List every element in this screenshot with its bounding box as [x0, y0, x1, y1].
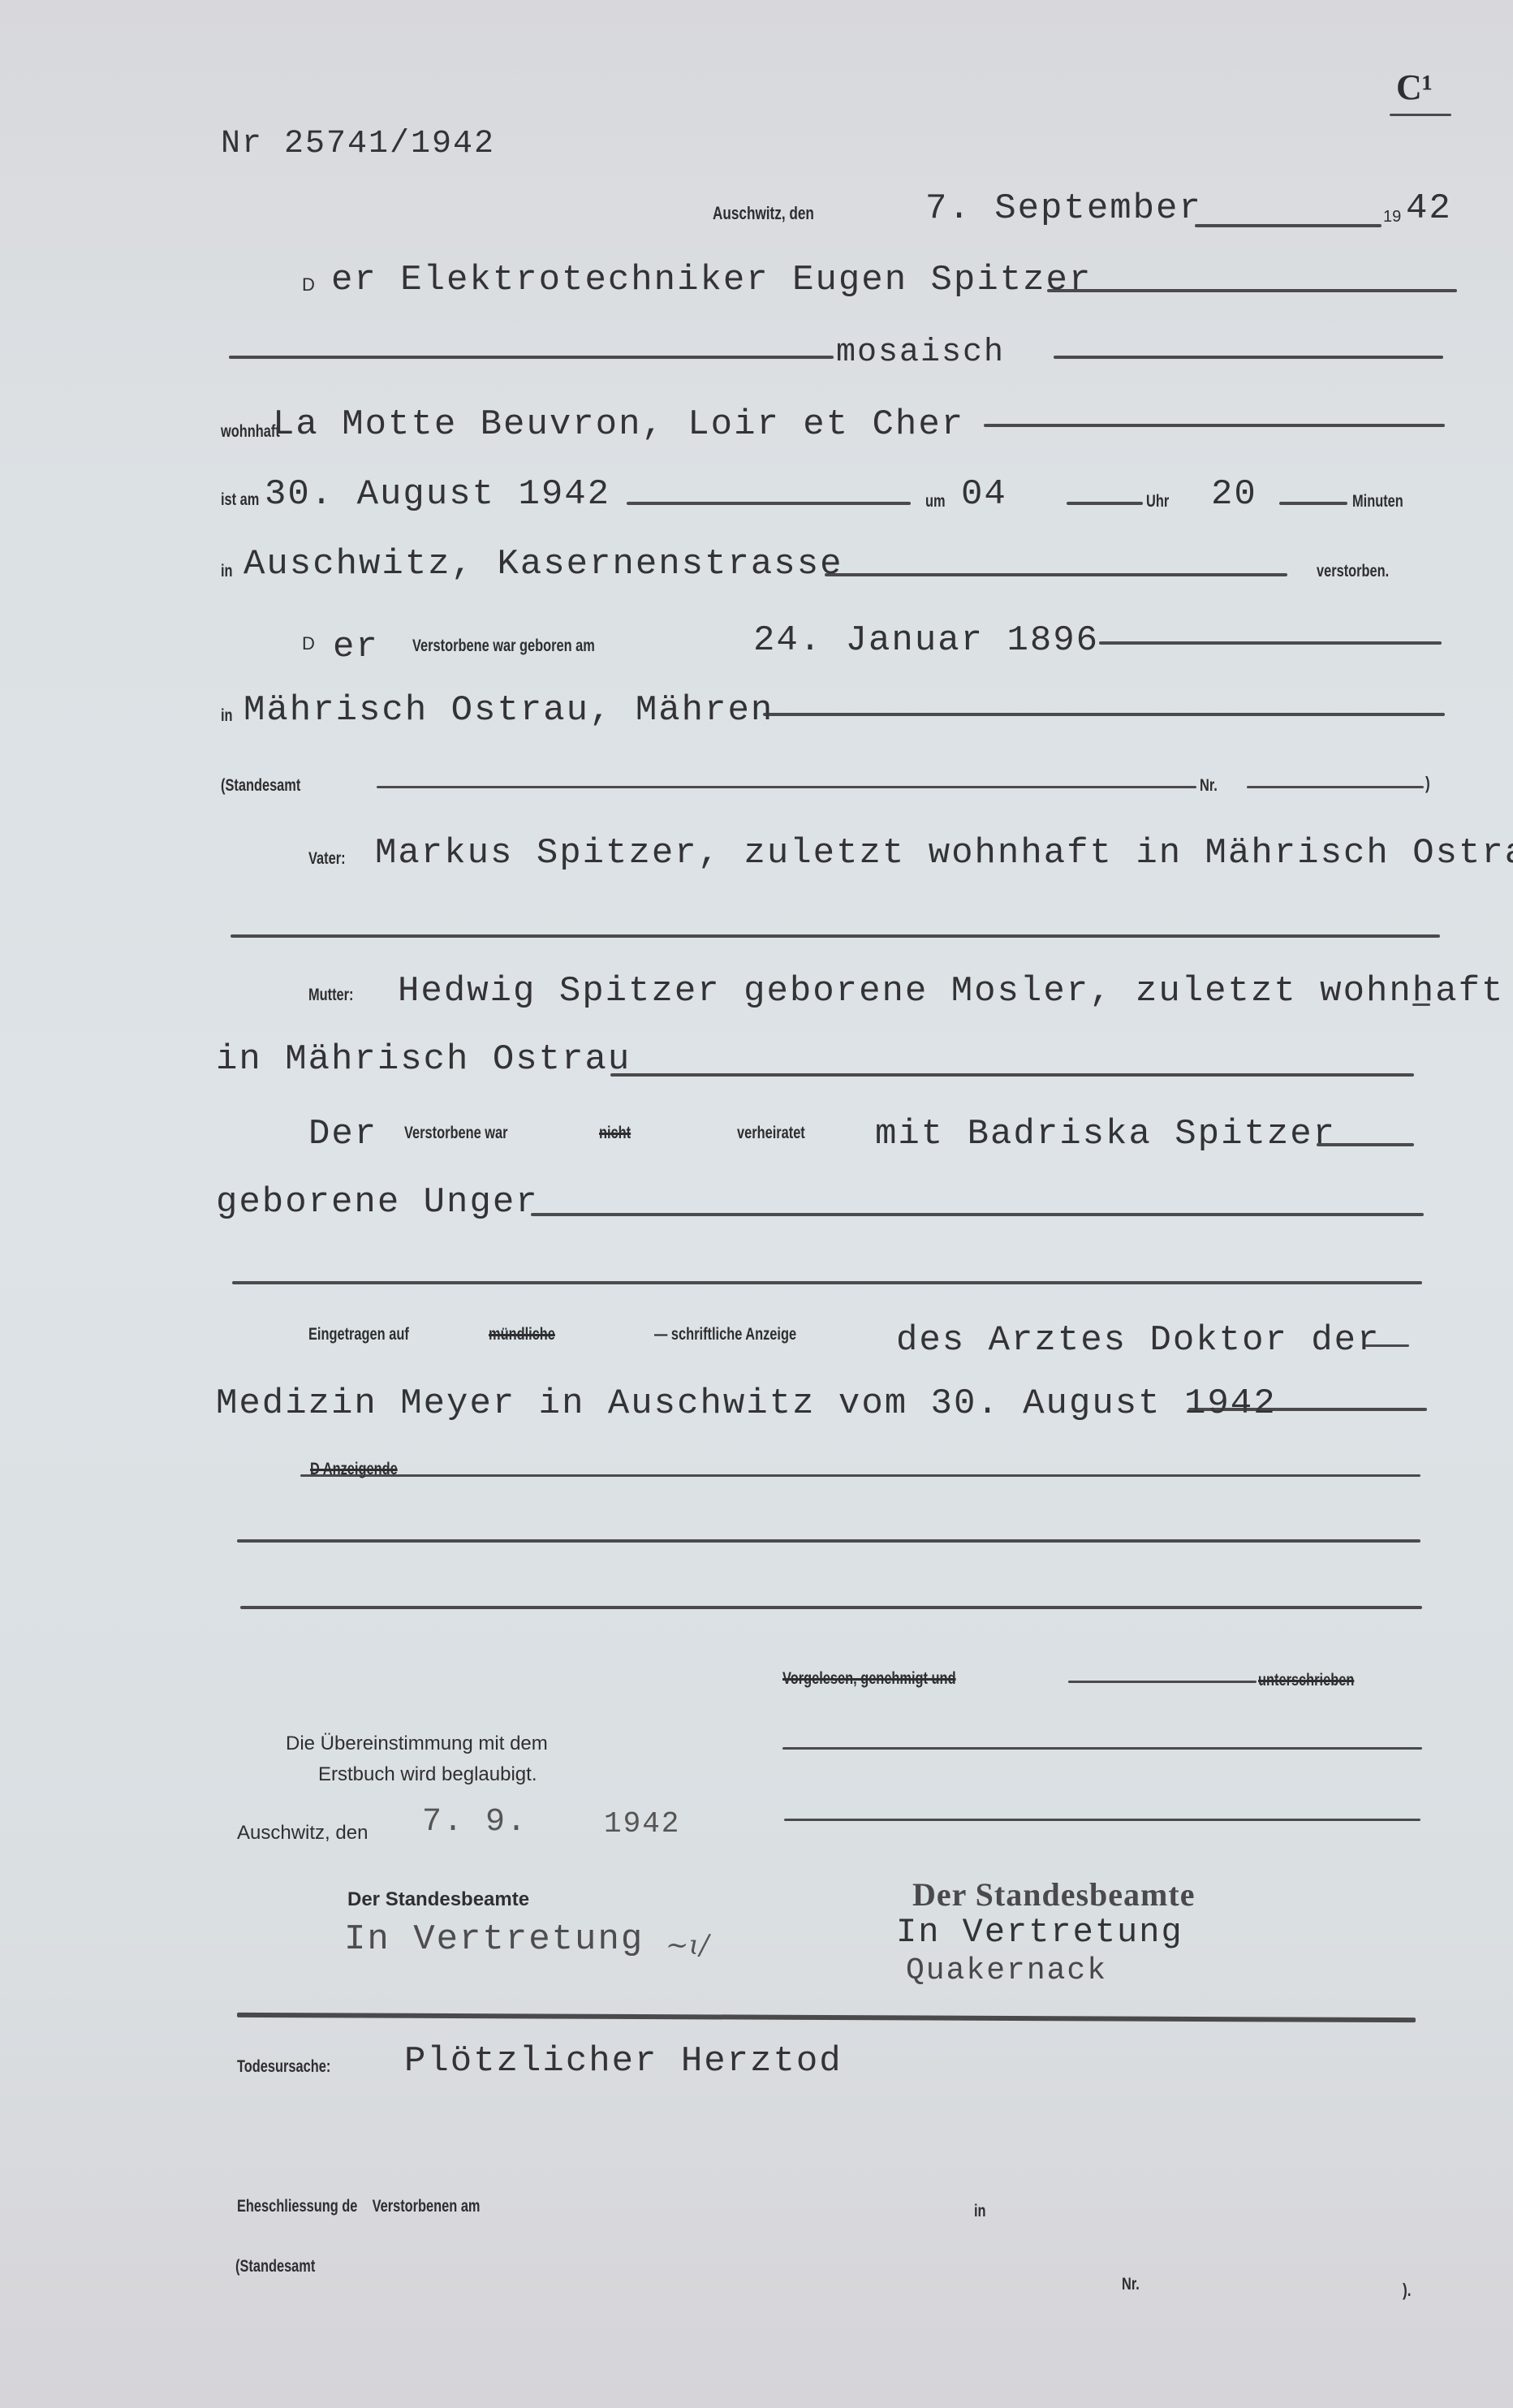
- marriage-line3: [232, 1281, 1422, 1284]
- death-hour: 04: [961, 474, 1007, 515]
- residence-line: [984, 424, 1445, 427]
- religion-line-left: [229, 356, 834, 359]
- registration-value-line2: Medizin Meyer in Auschwitz vom 30. Augus…: [216, 1383, 1277, 1424]
- read-approved-line: [1068, 1681, 1257, 1683]
- read-approved-struck: Vorgelesen, genehmigt und: [782, 1669, 956, 1689]
- birth-registry-close: ): [1425, 773, 1430, 794]
- marriage-record-in-label: in: [974, 2202, 986, 2221]
- mother-value-line1: Hedwig Spitzer geborene Mosler, zuletzt …: [398, 971, 1504, 1012]
- place-date-year-prefix: 19: [1383, 208, 1401, 227]
- birth-date: 24. Januar 1896: [753, 620, 1099, 661]
- mother-value-line2: in Mährisch Ostrau: [216, 1039, 631, 1080]
- religion-value: mosaisch: [836, 334, 1005, 371]
- marriage-spouse-line2: geborene Unger: [216, 1182, 539, 1223]
- signature-line-2: [784, 1819, 1420, 1821]
- registration-written-label: — schriftliche Anzeige: [654, 1325, 796, 1344]
- signed-struck: unterschrieben: [1258, 1671, 1354, 1690]
- father-line: [231, 934, 1440, 938]
- marriage-spouse-line: [1317, 1143, 1414, 1146]
- marriage-record-label: Eheschliessung de Verstorbenen am: [237, 2197, 480, 2216]
- father-label: Vater:: [308, 849, 346, 869]
- certification-line1: Die Übereinstimmung mit dem: [286, 1733, 548, 1755]
- birth-registry-label: (Standesamt: [221, 776, 300, 796]
- residence-value: La Motte Beuvron, Loir et Cher: [273, 404, 964, 445]
- deceased-name: er Elektrotechniker Eugen Spitzer: [331, 260, 1092, 300]
- place-date-label: Auschwitz, den: [713, 203, 814, 224]
- birth-date-line: [1099, 641, 1442, 645]
- registration-line1-end: [1365, 1344, 1409, 1347]
- register-number: Nr 25741/1942: [221, 126, 495, 162]
- cert-place-label: Auschwitz, den: [237, 1822, 368, 1845]
- death-minutes-line: [1279, 502, 1347, 505]
- registration-struck: mündliche: [489, 1325, 555, 1344]
- marriage-spouse: mit Badriska Spitzer: [875, 1114, 1336, 1154]
- birth-registry-line: [377, 786, 1196, 788]
- marriage-married-label: verheiratet: [737, 1124, 805, 1143]
- birth-place: Mährisch Ostrau, Mähren: [244, 690, 774, 731]
- right-official-label: Der Standesbeamte: [912, 1875, 1195, 1914]
- certification-line2: Erstbuch wird beglaubigt.: [318, 1763, 537, 1786]
- marriage-record-registry-label: (Standesamt: [235, 2257, 315, 2276]
- death-minutes: 20: [1211, 474, 1257, 515]
- residence-label: wohnhaft: [221, 422, 280, 442]
- death-date-line: [627, 502, 911, 505]
- marriage-label: Verstorbene war: [404, 1124, 507, 1143]
- left-official-signature: ~ɩ/: [666, 1929, 709, 1961]
- birth-place-line: [763, 713, 1445, 716]
- deceased-prefix: D: [302, 274, 315, 296]
- marriage-line2: [531, 1213, 1424, 1216]
- birth-registry-nr-line: [1247, 786, 1424, 788]
- form-code: C¹: [1396, 67, 1433, 108]
- death-minutes-label: Minuten: [1352, 492, 1403, 511]
- marriage-record-close: ).: [1403, 2280, 1411, 2301]
- cause-of-death-label: Todesursache:: [237, 2057, 330, 2077]
- birth-prefix: D: [302, 633, 315, 654]
- death-date-label: ist am: [221, 490, 259, 510]
- registration-line2: [1188, 1408, 1427, 1411]
- informant-line: [300, 1474, 1420, 1477]
- blank-line-1: [237, 1539, 1420, 1543]
- right-official-name: Quakernack: [906, 1953, 1107, 1988]
- birth-place-label: in: [221, 706, 233, 726]
- death-date: 30. August 1942: [265, 474, 610, 515]
- section-divider: [237, 2013, 1416, 2022]
- registration-label: Eingetragen auf: [308, 1325, 409, 1344]
- blank-line-2: [240, 1606, 1422, 1609]
- cert-date: 7. 9.: [422, 1804, 528, 1841]
- death-uhr-label: Uhr: [1146, 492, 1169, 511]
- death-hour-line: [1067, 502, 1143, 505]
- marriage-struck: nicht: [599, 1124, 631, 1143]
- death-died-label: verstorben.: [1317, 562, 1389, 581]
- form-code-underline: [1390, 114, 1451, 116]
- place-date-line: [1195, 224, 1382, 227]
- registration-value-line1: des Arztes Doktor der: [896, 1320, 1381, 1361]
- signature-line-1: [782, 1747, 1422, 1750]
- right-official-stamp: In Vertretung: [896, 1913, 1183, 1952]
- birth-label: Verstorbene war geboren am: [412, 637, 595, 656]
- marriage-record-nr-label: Nr.: [1122, 2275, 1140, 2294]
- birth-registry-nr-label: Nr.: [1200, 776, 1218, 796]
- cert-year: 1942: [604, 1807, 680, 1841]
- father-value: Markus Spitzer, zuletzt wohnhaft in Mähr…: [375, 833, 1513, 874]
- left-official-stamp: In Vertretung: [344, 1919, 644, 1960]
- mother-line2: [610, 1073, 1414, 1077]
- cause-of-death-value: Plötzlicher Herztod: [404, 2041, 843, 2082]
- death-place-label: in: [221, 562, 233, 581]
- marriage-prefix: Der: [308, 1114, 377, 1154]
- death-hour-label: um: [925, 492, 946, 511]
- deceased-line: [1047, 289, 1457, 292]
- place-date-value: 7. September: [925, 188, 1202, 229]
- death-place-line: [825, 573, 1287, 576]
- left-official-label: Der Standesbeamte: [347, 1888, 529, 1911]
- religion-line-right: [1054, 356, 1443, 359]
- mother-line1-end: [1412, 1003, 1430, 1006]
- birth-prefix-typed: er: [333, 627, 379, 667]
- mother-label: Mutter:: [308, 986, 354, 1005]
- death-place: Auschwitz, Kasernenstrasse: [244, 544, 843, 585]
- place-date-year: 42: [1406, 188, 1452, 229]
